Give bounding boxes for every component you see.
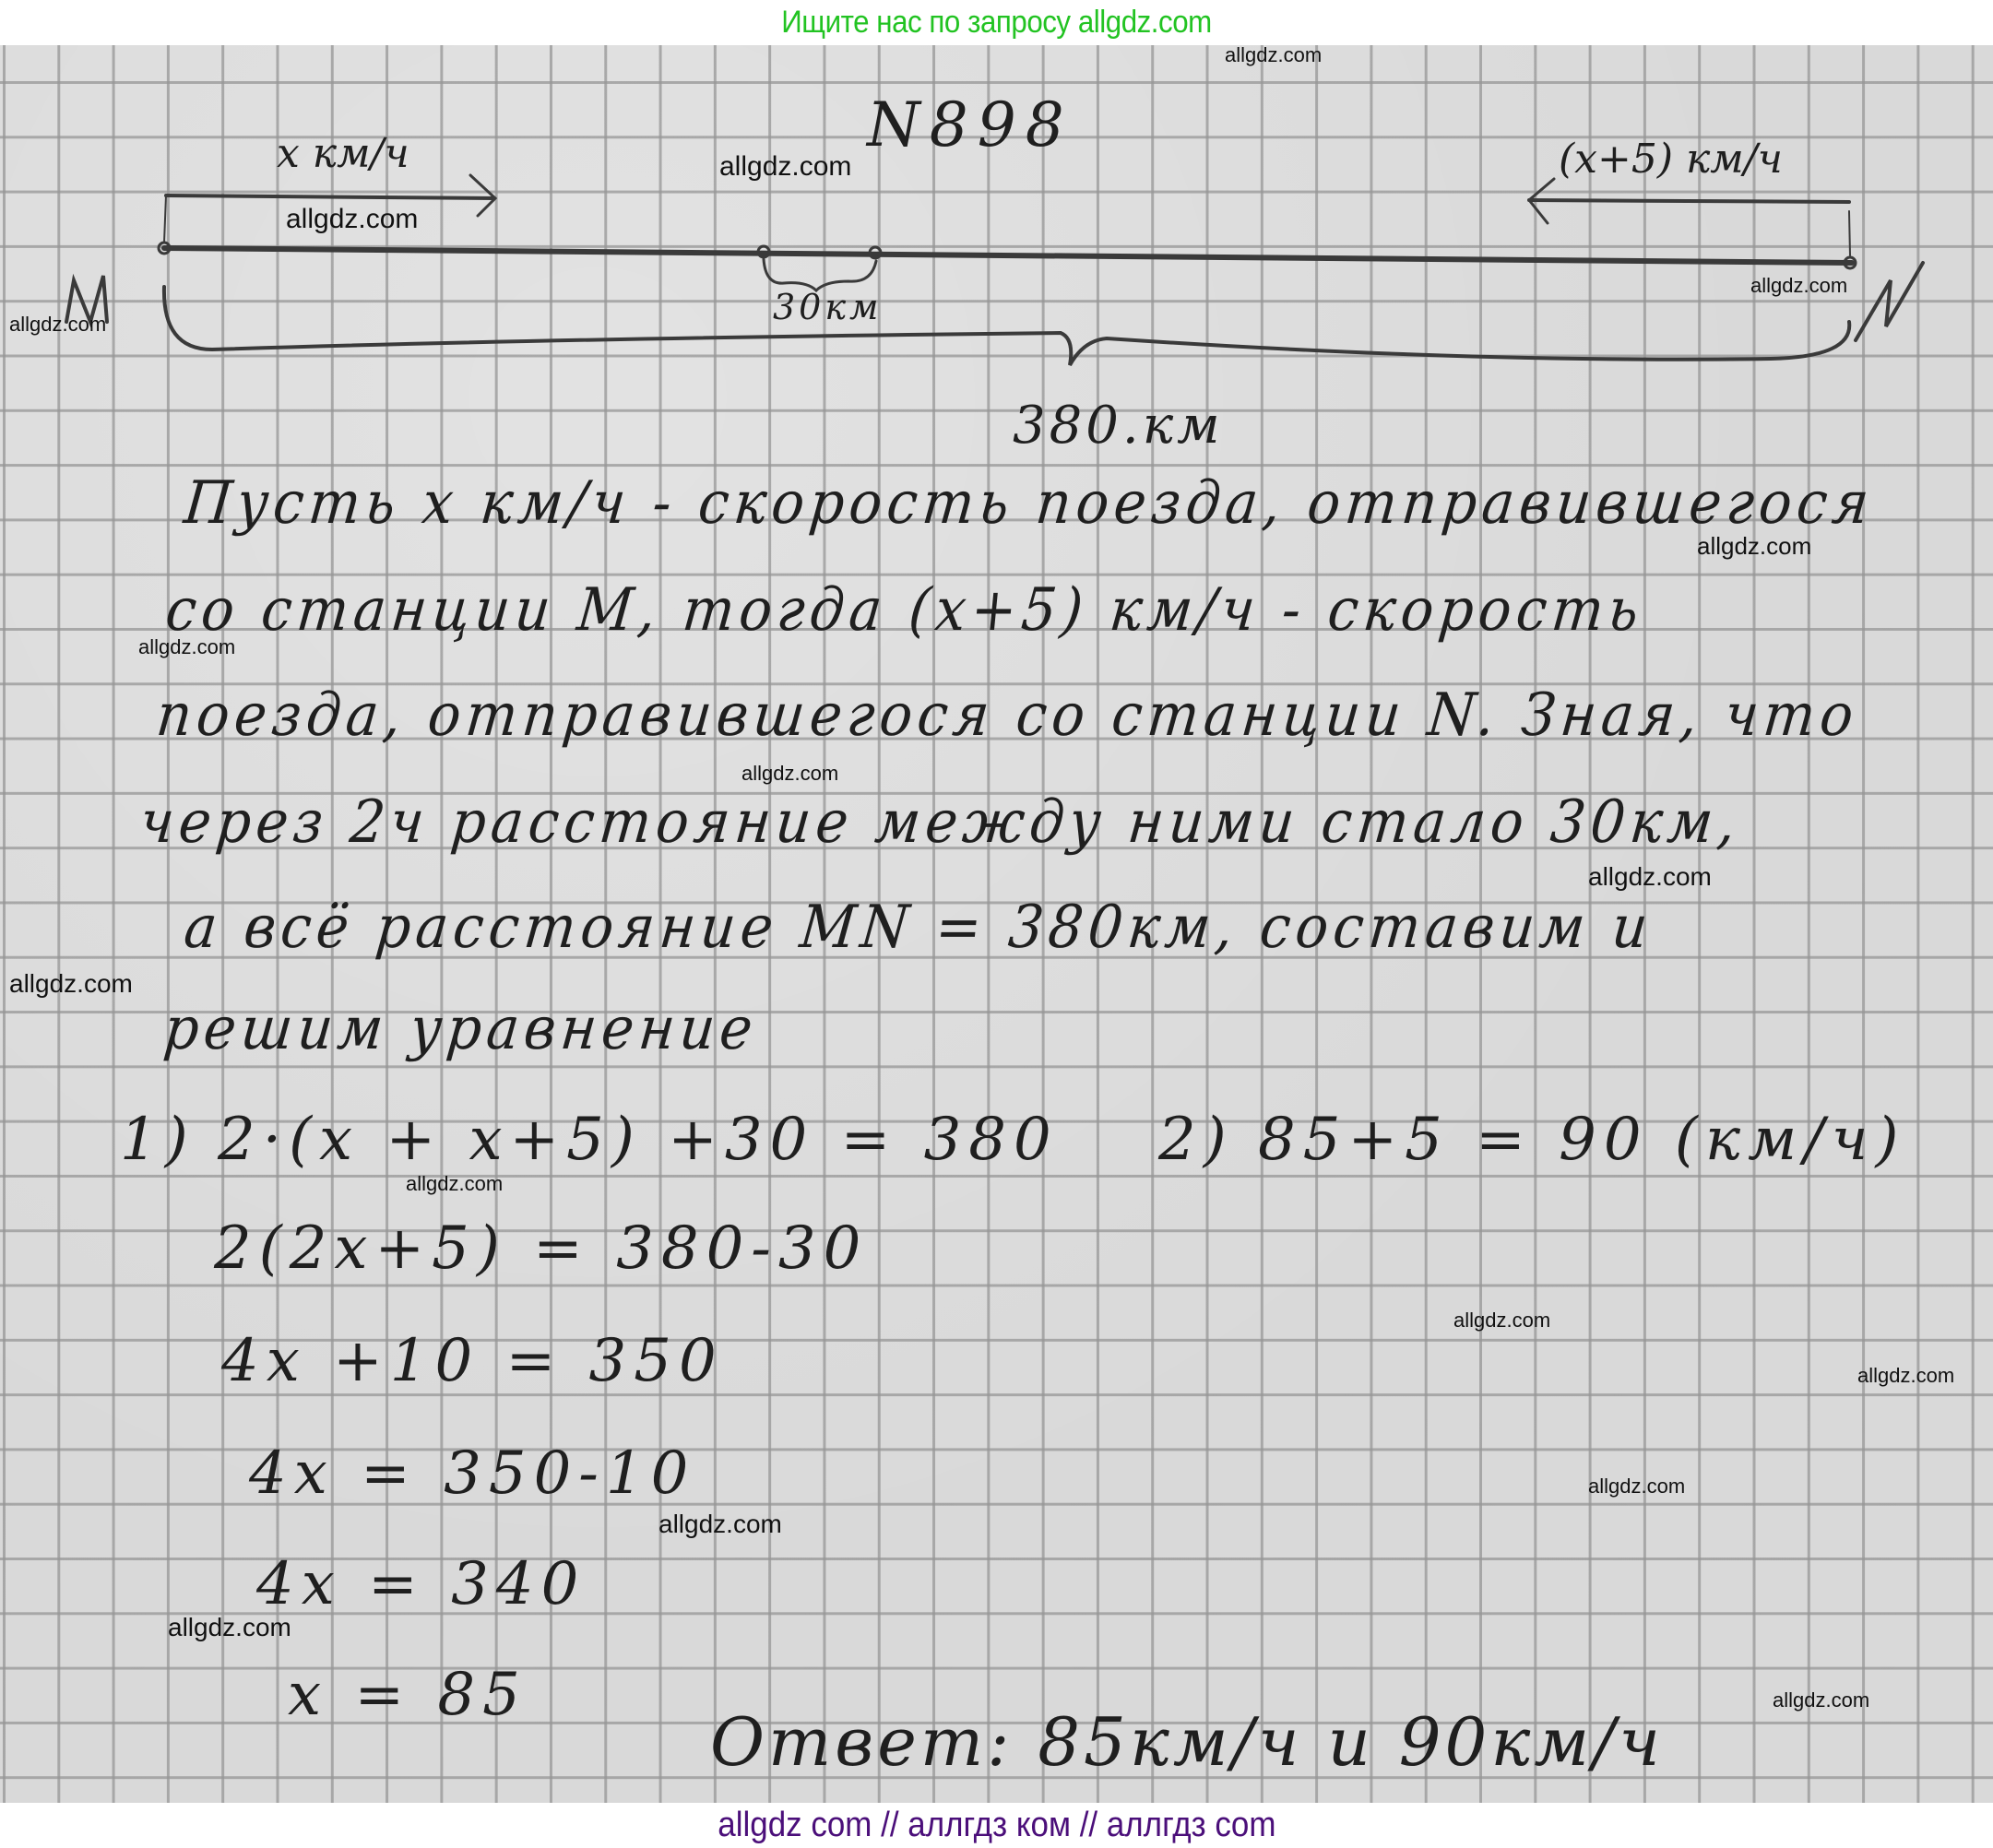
- bottom-banner-text: allgdz com // аллгдз ком // аллгдз com: [718, 1806, 1275, 1845]
- watermark: allgdz.com: [9, 969, 133, 999]
- segment-mn: [164, 248, 1852, 263]
- watermark: allgdz.com: [168, 1613, 291, 1642]
- problem-number: N898: [867, 89, 1074, 160]
- equation-line-1: 2·(x + x+5) +30 = 380: [218, 1106, 1059, 1174]
- watermark: allgdz.com: [658, 1510, 782, 1539]
- watermark: allgdz.com: [719, 151, 851, 183]
- equation-line-5: 4x = 340: [256, 1550, 586, 1618]
- watermark: allgdz.com: [1588, 862, 1712, 892]
- step1-label: 1): [120, 1106, 196, 1174]
- text-line-5: а всё расстояние MN = 380км, составим и: [181, 894, 1655, 962]
- watermark: allgdz.com: [138, 635, 235, 659]
- speed-right-label: (x+5) км/ч: [1559, 136, 1783, 183]
- watermark: allgdz.com: [1750, 274, 1847, 298]
- watermark: allgdz.com: [9, 313, 106, 337]
- equation-line-6: x = 85: [288, 1661, 528, 1729]
- arrow-right-head: [470, 175, 495, 216]
- watermark: allgdz.com: [406, 1172, 503, 1196]
- text-line-2: со станции M, тогда (x+5) км/ч - скорост…: [162, 576, 1646, 645]
- gap-brace: [764, 259, 876, 290]
- arrow-left-line: [1529, 200, 1849, 202]
- text-line-6: решим уравнение: [160, 995, 760, 1063]
- watermark: allgdz.com: [1453, 1309, 1550, 1333]
- watermark: allgdz.com: [1697, 532, 1811, 561]
- total-distance-label: 380.км: [1013, 396, 1224, 456]
- answer: Ответ: 85км/ч и 90км/ч: [710, 1703, 1664, 1781]
- arrow-right-line: [166, 195, 494, 198]
- text-line-3: поезда, отправившегося со станции N. Зна…: [153, 681, 1861, 750]
- watermark: allgdz.com: [1773, 1688, 1869, 1712]
- watermark: allgdz.com: [286, 204, 418, 235]
- text-line-4: через 2ч расстояние между ними стало 30к…: [136, 788, 1743, 857]
- letter-n-stroke: [1856, 263, 1923, 340]
- watermark: allgdz.com: [1857, 1364, 1954, 1388]
- step2-label: 2): [1158, 1106, 1234, 1174]
- notebook-sheet: N898 x км/ч (x+5) км/ч 30км 380.км Пусть…: [0, 45, 1993, 1803]
- watermark: allgdz.com: [741, 762, 838, 786]
- equation-line-3: 4x +10 = 350: [221, 1327, 724, 1395]
- watermark: allgdz.com: [1588, 1475, 1685, 1499]
- step2-equation: 85+5 = 90 (км/ч): [1258, 1106, 1905, 1174]
- equation-line-2: 2(2x+5) = 380-30: [214, 1214, 868, 1283]
- top-banner: Ищите нас по запросу allgdz.com: [0, 0, 1993, 45]
- watermark: allgdz.com: [1225, 45, 1322, 67]
- equation-line-4: 4x = 350-10: [249, 1439, 695, 1508]
- text-line-1: Пусть x км/ч - скорость поезда, отправив…: [181, 469, 1877, 538]
- total-brace: [164, 287, 1849, 365]
- gap-label: 30км: [773, 287, 883, 327]
- top-banner-text: Ищите нас по запросу allgdz.com: [781, 5, 1211, 41]
- bottom-banner: allgdz com // аллгдз ком // аллгдз com: [0, 1803, 1993, 1848]
- speed-left-label: x км/ч: [277, 130, 409, 177]
